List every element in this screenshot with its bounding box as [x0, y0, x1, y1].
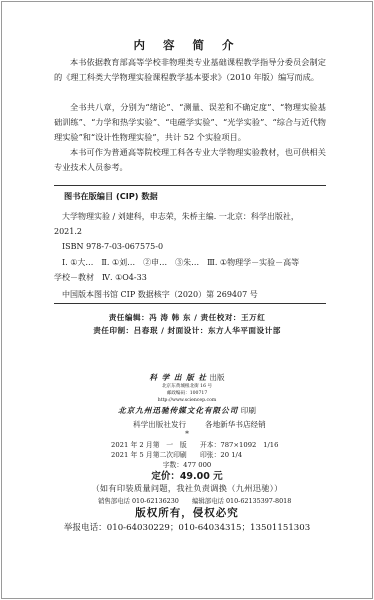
edition: 2021 年 2 月第 一 版 — [111, 439, 187, 449]
summary-paragraph-3: 本书可作为普通高等院校理工科各专业大学物理实验教材，也可供相关专业技术人员参考。 — [54, 145, 326, 175]
cip-class-line2: 学校－教材 Ⅳ. ①O4-33 — [54, 270, 326, 285]
cip-heading: 图书在版编目 (CIP) 数据 — [64, 191, 158, 202]
publisher-line: 科 学 出 版 社 出版 — [2, 372, 372, 383]
cip-check-number: 中国版本图书馆 CIP 数据核字（2020）第 269407 号 — [54, 287, 326, 302]
report-phones: 举报电话：010-64030229；010-64034315；135011513… — [2, 521, 372, 533]
price: 定价：49.00 元 — [2, 468, 372, 482]
copyright-page: 内 容 简 介 本书依据教育部高等学校非物理类专业基础课程教学指导分委员会制定的… — [1, 1, 373, 599]
cip-top-rule — [54, 185, 326, 186]
quality-notice: （如有印装质量问题，我社负责调换（九州迅驰）） — [2, 483, 372, 494]
cip-entry-line1: 大学物理实验 / 刘建科，申志荣，朱桥主编. 一北京：科学出版社， — [54, 209, 326, 224]
sales-phone: 销售部电话 010-62136230 — [98, 496, 179, 505]
credits-line1: 责任编辑：冯 涛 韩 东 / 责任校对：王万红 — [2, 312, 372, 323]
printing: 2021 年 5 月第二次印刷 — [111, 449, 187, 459]
copyright-statement: 版权所有，侵权必究 — [2, 505, 372, 520]
printer-line: 北京九州迅驰传媒文化有限公司 印刷 — [2, 405, 372, 416]
sheets: 印张：20 1/4 — [200, 449, 242, 459]
printer-name: 北京九州迅驰传媒文化有限公司 — [118, 406, 238, 415]
credits-line2: 责任印制：吕春珉 / 封面设计：东方人华平面设计部 — [2, 325, 372, 336]
format: 开本：787×1092 1/16 — [200, 439, 278, 449]
publisher-suffix: 出版 — [209, 373, 224, 382]
cip-entry: 大学物理实验 / 刘建科，申志荣，朱桥主编. 一北京：科学出版社， 2021.2… — [54, 209, 326, 254]
cip-classification: Ⅰ. ①大… Ⅱ. ①刘… ②申… ③朱… Ⅲ. ①物理学－实验－高等 学校－教… — [54, 255, 326, 285]
summary-title: 内 容 简 介 — [2, 37, 372, 53]
editorial-phone: 编辑部电话 010-62135397-8018 — [192, 496, 291, 505]
cip-bottom-rule — [54, 303, 326, 304]
publisher-website: http://www.sciencep.com — [2, 397, 372, 405]
summary-paragraph-1: 本书依据教育部高等学校非物理类专业基础课程教学指导分委员会制定的《理工科类大学物… — [54, 55, 326, 85]
publisher-name: 科 学 出 版 社 — [149, 373, 207, 382]
cip-class-line1: Ⅰ. ①大… Ⅱ. ①刘… ②申… ③朱… Ⅲ. ①物理学－实验－高等 — [54, 255, 326, 270]
printer-suffix: 印刷 — [241, 406, 256, 415]
summary-paragraph-2: 全书共八章，分别为“绪论”、“测量、误差和不确定度”、“物理实验基础训练”、“力… — [54, 100, 326, 145]
cip-entry-line2: 2021.2 — [54, 224, 326, 239]
cip-check-number-wrap: 中国版本图书馆 CIP 数据核字（2020）第 269407 号 — [54, 287, 326, 302]
separator-star: * — [2, 429, 372, 438]
cip-isbn: ISBN 978-7-03-067575-0 — [54, 239, 326, 254]
